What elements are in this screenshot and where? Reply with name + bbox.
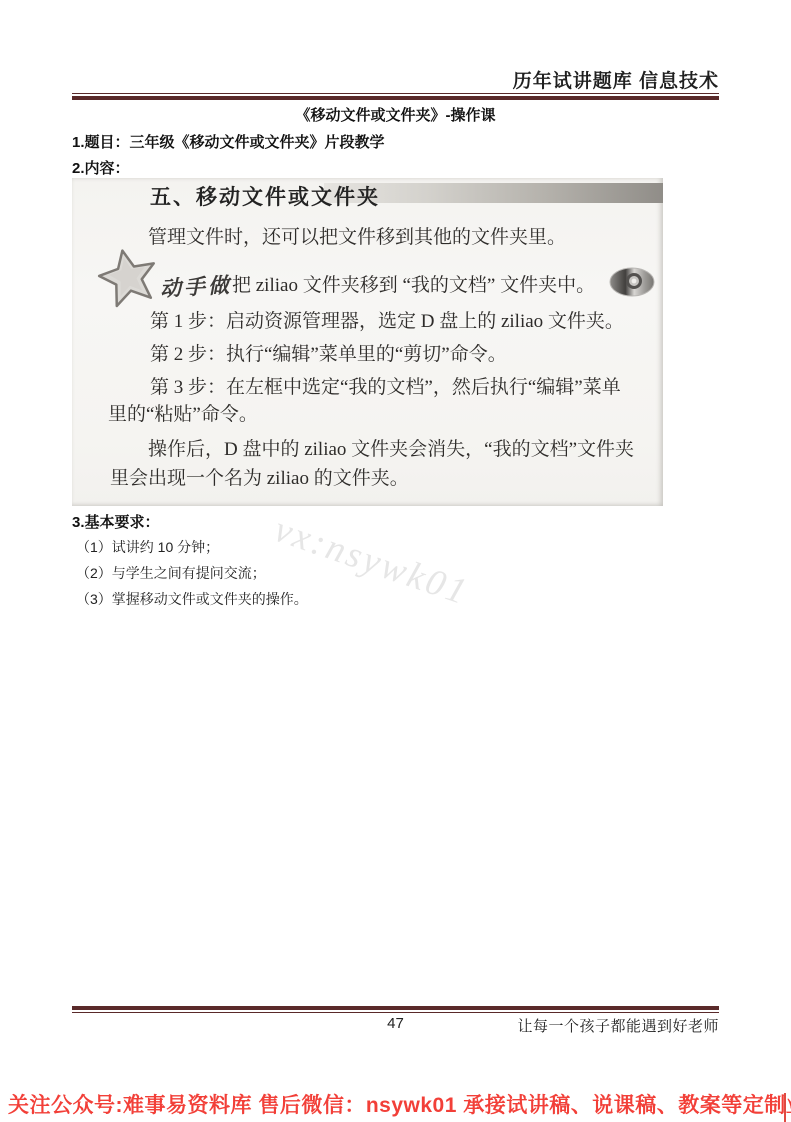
scan-section-title: 五、移动文件或文件夹 [150,181,380,211]
document-page: 历年试讲题库 信息技术 《移动文件或文件夹》-操作课 1.题目：三年级《移动文件… [0,0,791,1122]
header-divider [72,93,719,100]
scan-step-3: 第 3 步：在左框中选定“我的文档”，然后执行“编辑”菜单 [150,372,621,399]
header-title: 历年试讲题库 信息技术 [513,66,719,93]
header-divider-thick-line [72,96,719,100]
header-divider-thin-line [72,93,719,94]
page-title: 《移动文件或文件夹》-操作课 [72,104,719,125]
requirement-item-1: （1）试讲约 10 分钟； [76,537,219,557]
scan-step-1: 第 1 步：启动资源管理器，选定 D 盘上的 ziliao 文件夹。 [150,306,624,333]
footer-divider [72,1006,719,1013]
cd-icon [608,265,656,304]
footer-divider-thin-line [72,1012,719,1013]
requirement-item-2: （2）与学生之间有提问交流； [76,563,266,583]
activity-label: 动手做 [159,269,232,303]
footer-slogan: 让每一个孩子都能遇到好老师 [517,1015,719,1036]
scan-step-2: 第 2 步：执行“编辑”菜单里的“剪切”命令。 [150,339,507,366]
content-label: 2.内容： [72,157,130,178]
requirement-item-3: （3）掌握移动文件或文件夹的操作。 [76,589,308,609]
footer-divider-thick-line [72,1006,719,1010]
activity-text: 把 ziliao 文件夹移到 “我的文档” 文件夹中。 [232,270,595,297]
right-edge-marker [784,1093,786,1122]
scan-result-line-2: 里会出现一个名为 ziliao 的文件夹。 [110,463,409,490]
textbook-scan-image: 五、移动文件或文件夹 管理文件时，还可以把文件移到其他的文件夹里。 动手做 把 … [72,178,663,506]
scan-intro-text: 管理文件时，还可以把文件移到其他的文件夹里。 [148,222,566,249]
promo-banner: 关注公众号:难事易资料库 售后微信：nsywk01 承接试讲稿、说课稿、教案等定… [8,1089,783,1119]
scan-step-3-continued: 里的“粘贴”命令。 [108,399,258,426]
topic-line: 1.题目：三年级《移动文件或文件夹》片段教学 [72,131,385,152]
starfish-icon [96,246,160,313]
requirements-heading: 3.基本要求： [72,511,160,532]
scan-result-line-1: 操作后，D 盘中的 ziliao 文件夹会消失，“我的文档”文件夹 [148,434,634,461]
